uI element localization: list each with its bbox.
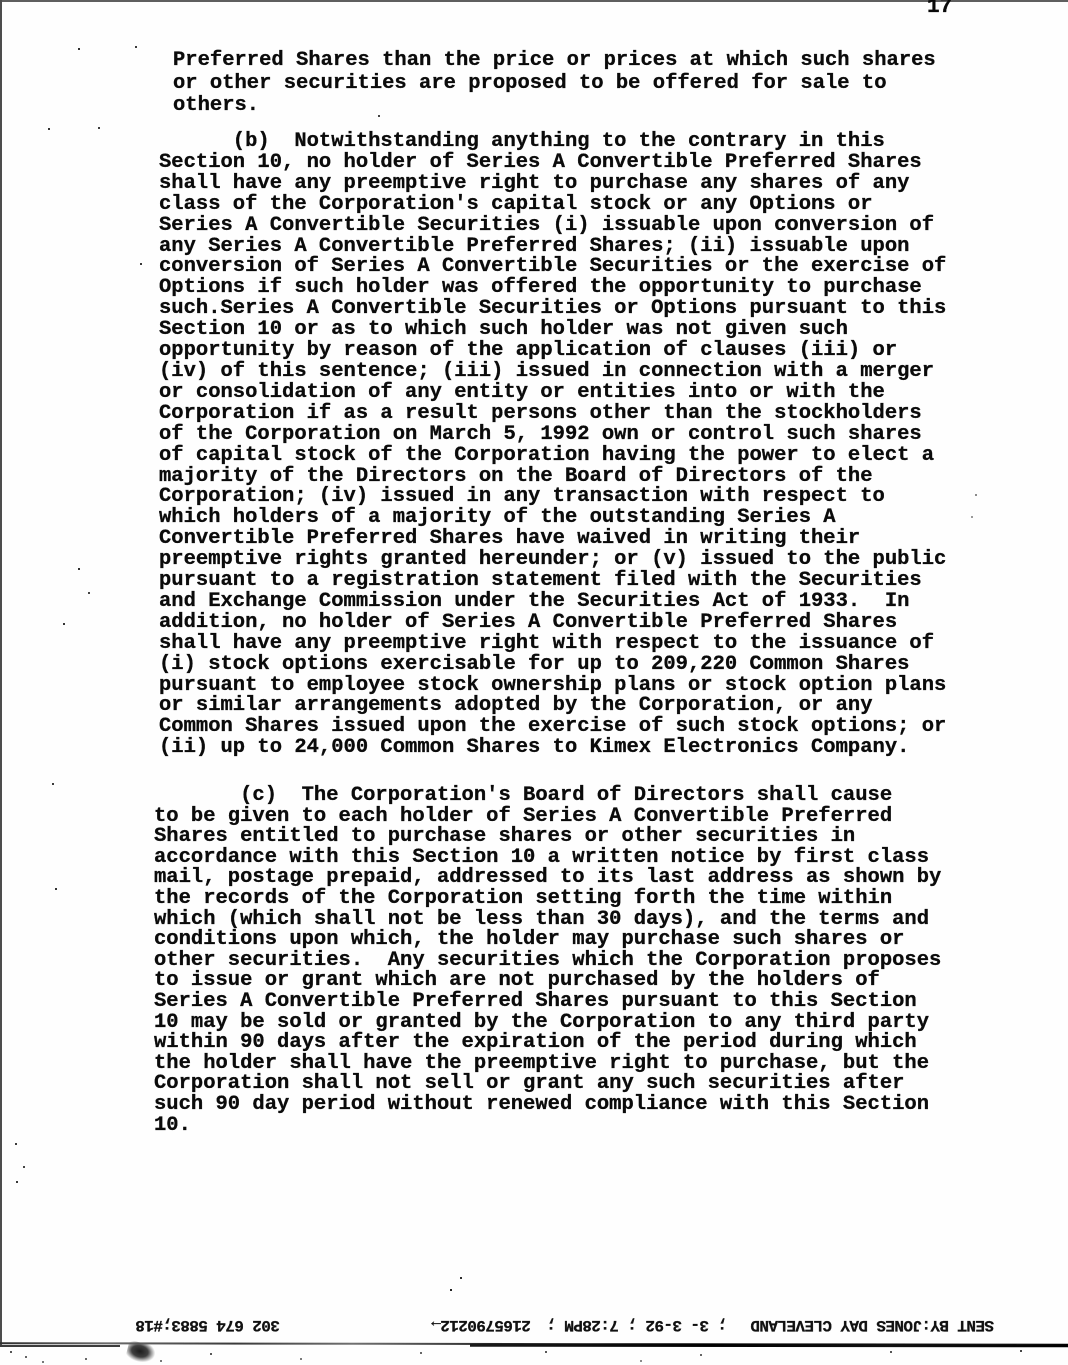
fax-sender: SENT BY:JONES DAY CLEVELAND: [751, 1316, 994, 1334]
paragraph-section-c: (c) The Corporation's Board of Directors…: [154, 786, 941, 1136]
scan-edge-left: [0, 0, 2, 1347]
fax-from-number: 2165790212→: [432, 1316, 531, 1334]
toner-speckles: [0, 0, 2, 2]
scan-artifact-line-left: [0, 1345, 120, 1347]
fax-transmission-header: SENT BY:JONES DAY CLEVELAND; 3- 3-92 ; 7…: [52, 1312, 994, 1338]
scanned-document-page: 17 Preferred Shares than the price or pr…: [0, 0, 1068, 1365]
fax-datetime: ; 3- 3-92 ; 7:28PM ;: [547, 1316, 727, 1334]
scan-artifact-line-dark: [470, 1344, 1068, 1348]
paragraph-section-b: (b) Notwithstanding anything to the cont…: [159, 132, 946, 759]
fax-to-number: 302 674 5883;#18: [136, 1316, 280, 1334]
page-number: 17: [927, 0, 952, 19]
scan-edge-top: [0, 0, 1068, 2]
paragraph-intro: Preferred Shares than the price or price…: [173, 50, 936, 118]
